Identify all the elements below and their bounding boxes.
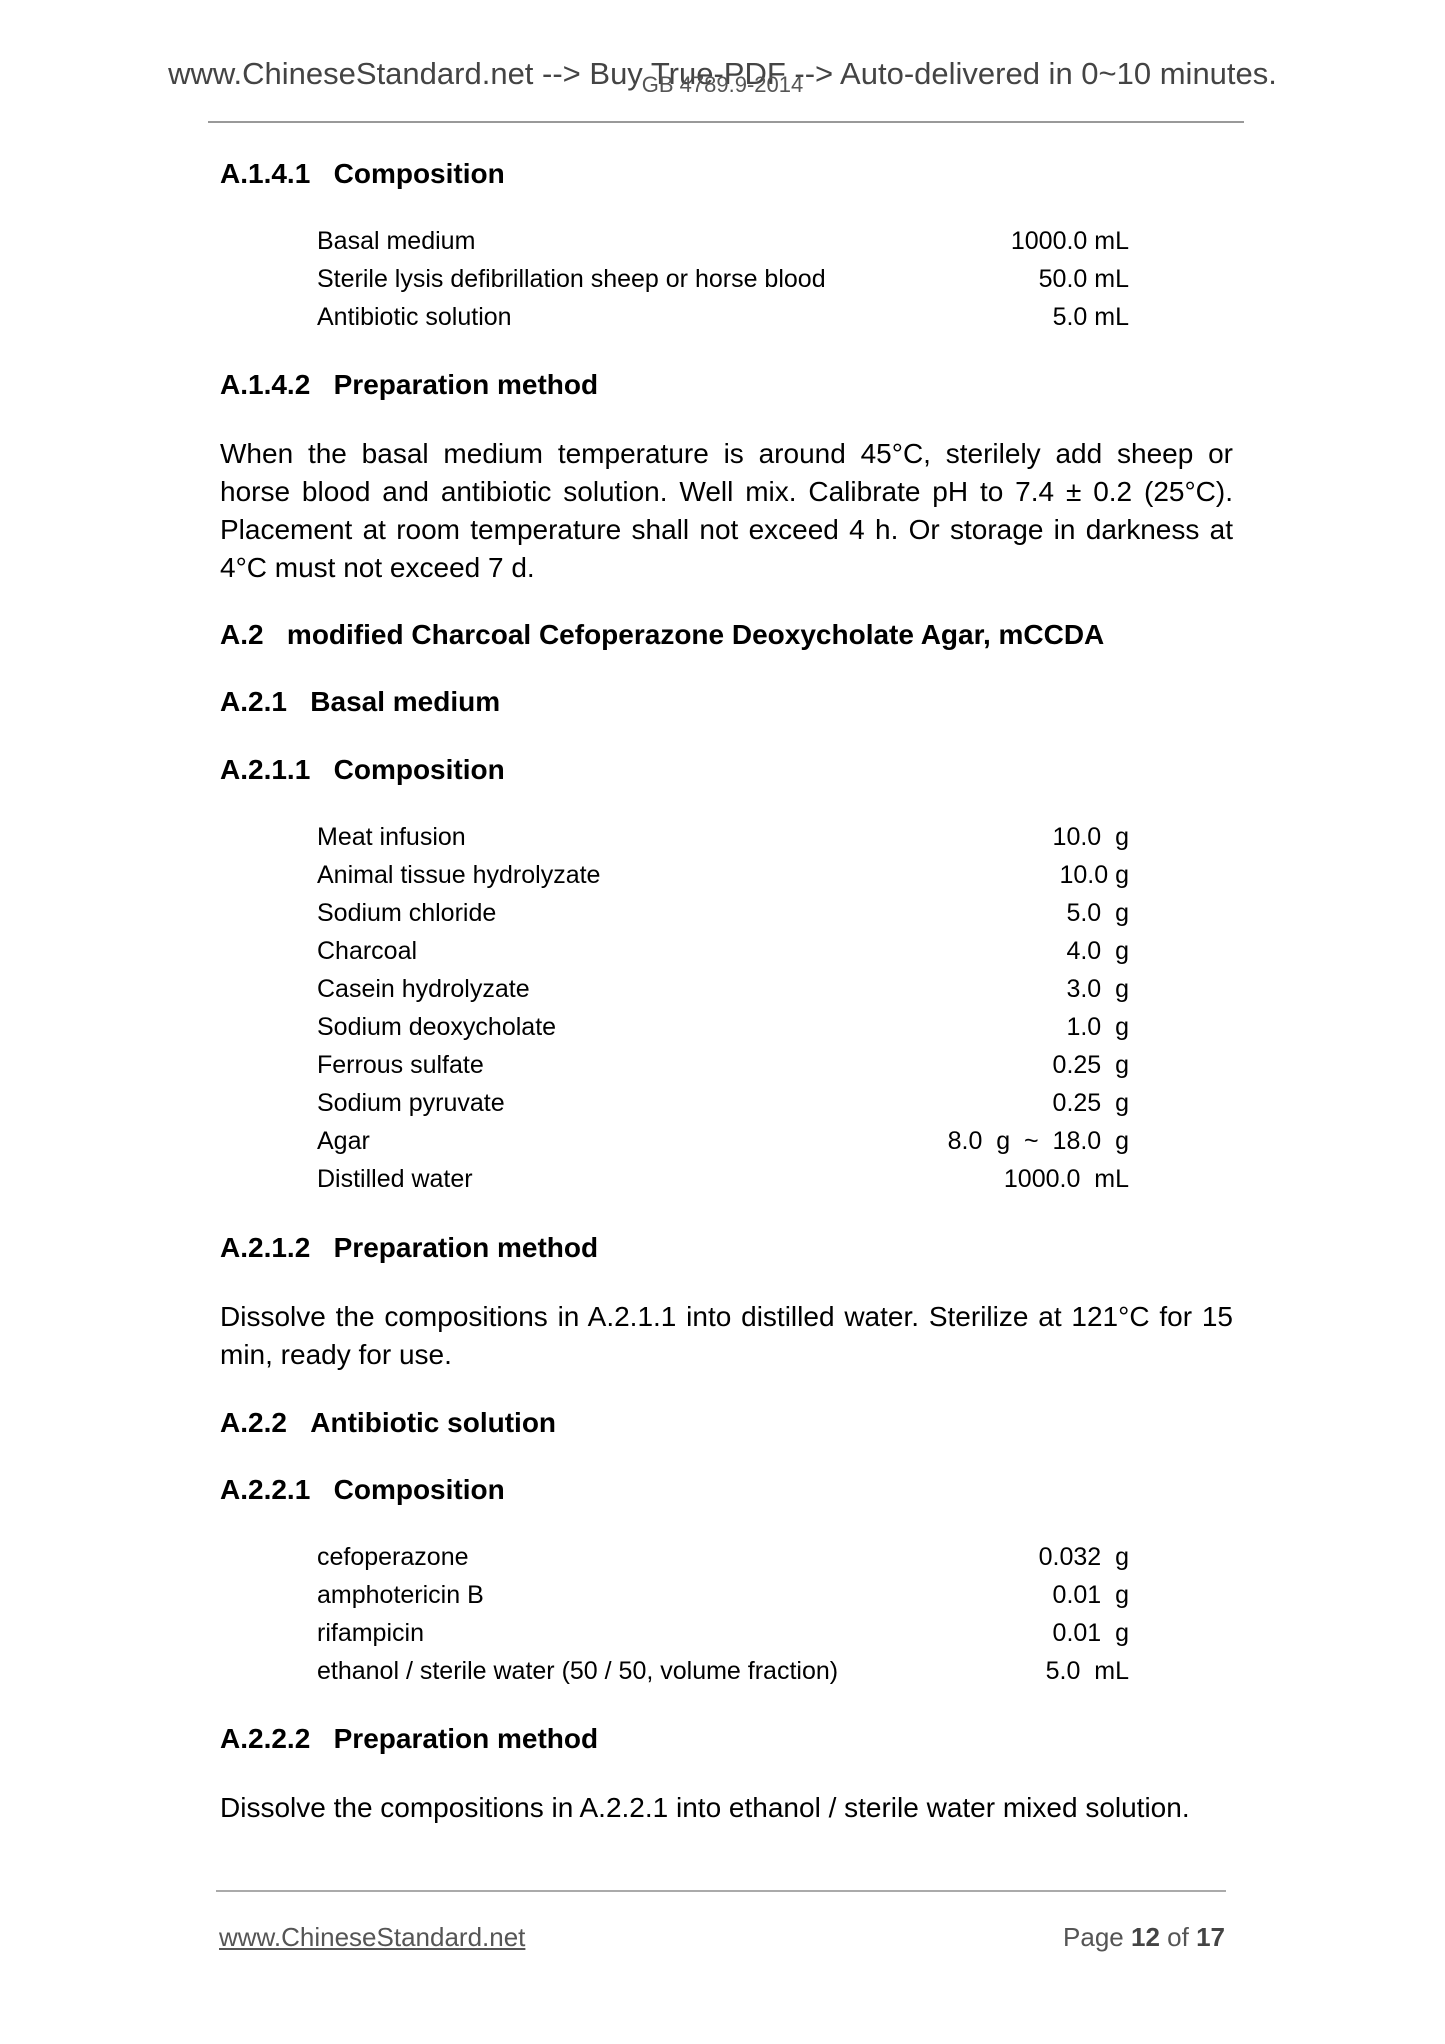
section-number: A.1.4.2 — [220, 369, 310, 400]
ingredient-amount: 5.0 mL — [1053, 303, 1129, 332]
heading-a222: A.2.2.2 Preparation method — [220, 1723, 598, 1755]
ingredient-name: Sterile lysis defibrillation sheep or ho… — [317, 265, 826, 294]
heading-a1442: A.1.4.2 Preparation method — [220, 369, 598, 401]
ingredient-name: Meat infusion — [317, 823, 466, 852]
ingredient-amount: 1000.0 mL — [1011, 227, 1129, 256]
section-number: A.2.2 — [220, 1407, 287, 1438]
heading-a221: A.2.2.1 Composition — [220, 1474, 505, 1506]
ingredient-amount: 8.0 g ~ 18.0 g — [948, 1127, 1129, 1156]
ingredient-amount: 5.0 mL — [1046, 1657, 1129, 1686]
ingredient-name: Ferrous sulfate — [317, 1051, 484, 1080]
ingredient-name: Sodium chloride — [317, 899, 496, 928]
ingredient-name: Antibiotic solution — [317, 303, 512, 332]
section-number: A.2.1 — [220, 686, 287, 717]
ingredient-name: Sodium pyruvate — [317, 1089, 505, 1118]
section-title: Preparation method — [334, 369, 598, 400]
ingredient-amount: 1000.0 mL — [1004, 1165, 1129, 1194]
ingredient-amount: 1.0 g — [1066, 1013, 1129, 1042]
ingredient-name: Casein hydrolyzate — [317, 975, 530, 1004]
ingredient-name: Distilled water — [317, 1165, 473, 1194]
heading-a22: A.2.2 Antibiotic solution — [220, 1407, 556, 1439]
page-current: 12 — [1131, 1922, 1160, 1952]
section-number: A.1.4.1 — [220, 158, 310, 189]
footer-rule — [216, 1890, 1226, 1892]
section-number: A.2.1.1 — [220, 754, 310, 785]
standard-code: GB 4789.9-2014 — [0, 72, 1445, 98]
ingredient-name: cefoperazone — [317, 1543, 469, 1572]
ingredient-name: Charcoal — [317, 937, 417, 966]
footer-site-link[interactable]: www.ChineseStandard.net — [219, 1922, 525, 1953]
section-title: Basal medium — [310, 686, 500, 717]
heading-a1441: A.1.4.1 Composition — [220, 158, 505, 190]
paragraph-a222: Dissolve the compositions in A.2.2.1 int… — [220, 1789, 1233, 1827]
page-of: of — [1167, 1922, 1189, 1952]
heading-a21: A.2.1 Basal medium — [220, 686, 500, 718]
paragraph-a1442: When the basal medium temperature is aro… — [220, 435, 1233, 587]
ingredient-amount: 0.25 g — [1053, 1089, 1129, 1118]
section-title: Preparation method — [334, 1232, 598, 1263]
ingredient-amount: 5.0 g — [1066, 899, 1129, 928]
ingredient-name: ethanol / sterile water (50 / 50, volume… — [317, 1657, 838, 1686]
heading-a211: A.2.1.1 Composition — [220, 754, 505, 786]
ingredient-name: Basal medium — [317, 227, 475, 256]
section-number: A.2.2.2 — [220, 1723, 310, 1754]
header-rule — [208, 121, 1244, 123]
page-indicator: Page 12 of 17 — [1063, 1922, 1225, 1953]
ingredient-amount: 10.0 g — [1053, 823, 1129, 852]
heading-a2: A.2 modified Charcoal Cefoperazone Deoxy… — [220, 619, 1104, 651]
page-total: 17 — [1196, 1922, 1225, 1952]
ingredient-amount: 0.01 g — [1053, 1619, 1129, 1648]
ingredient-amount: 0.25 g — [1053, 1051, 1129, 1080]
section-title: Composition — [334, 754, 505, 785]
section-title: Antibiotic solution — [310, 1407, 556, 1438]
heading-a212: A.2.1.2 Preparation method — [220, 1232, 598, 1264]
ingredient-name: amphotericin B — [317, 1581, 484, 1610]
ingredient-name: Sodium deoxycholate — [317, 1013, 556, 1042]
ingredient-amount: 50.0 mL — [1039, 265, 1129, 294]
ingredient-amount: 0.032 g — [1039, 1543, 1129, 1572]
ingredient-amount: 10.0 g — [1059, 861, 1129, 890]
section-title: Composition — [334, 1474, 505, 1505]
ingredient-name: Agar — [317, 1127, 370, 1156]
paragraph-a212: Dissolve the compositions in A.2.1.1 int… — [220, 1298, 1233, 1374]
ingredient-name: Animal tissue hydrolyzate — [317, 861, 600, 890]
section-title: Composition — [334, 158, 505, 189]
ingredient-amount: 3.0 g — [1066, 975, 1129, 1004]
section-number: A.2.2.1 — [220, 1474, 310, 1505]
section-number: A.2.1.2 — [220, 1232, 310, 1263]
section-title: modified Charcoal Cefoperazone Deoxychol… — [287, 619, 1104, 650]
section-title: Preparation method — [334, 1723, 598, 1754]
ingredient-amount: 0.01 g — [1053, 1581, 1129, 1610]
page-prefix: Page — [1063, 1922, 1124, 1952]
ingredient-amount: 4.0 g — [1066, 937, 1129, 966]
ingredient-name: rifampicin — [317, 1619, 424, 1648]
section-number: A.2 — [220, 619, 264, 650]
